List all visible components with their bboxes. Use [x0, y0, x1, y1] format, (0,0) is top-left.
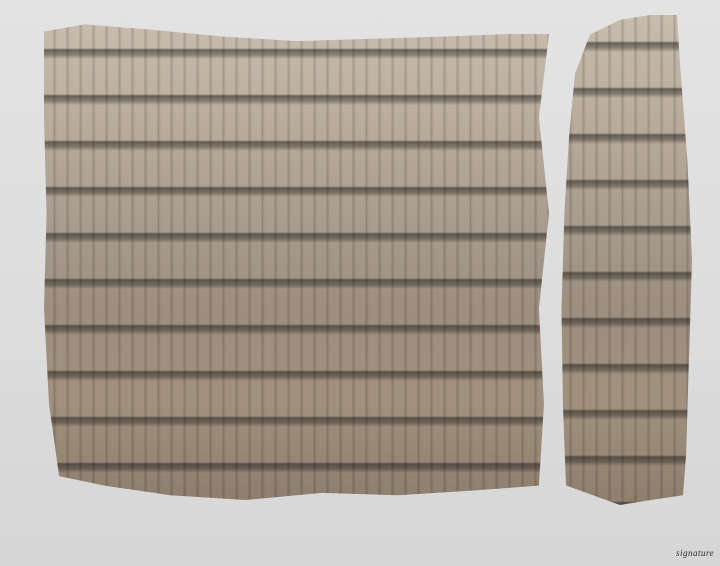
torn-paper-left — [44, 22, 549, 500]
artist-signature: signature — [676, 548, 714, 558]
